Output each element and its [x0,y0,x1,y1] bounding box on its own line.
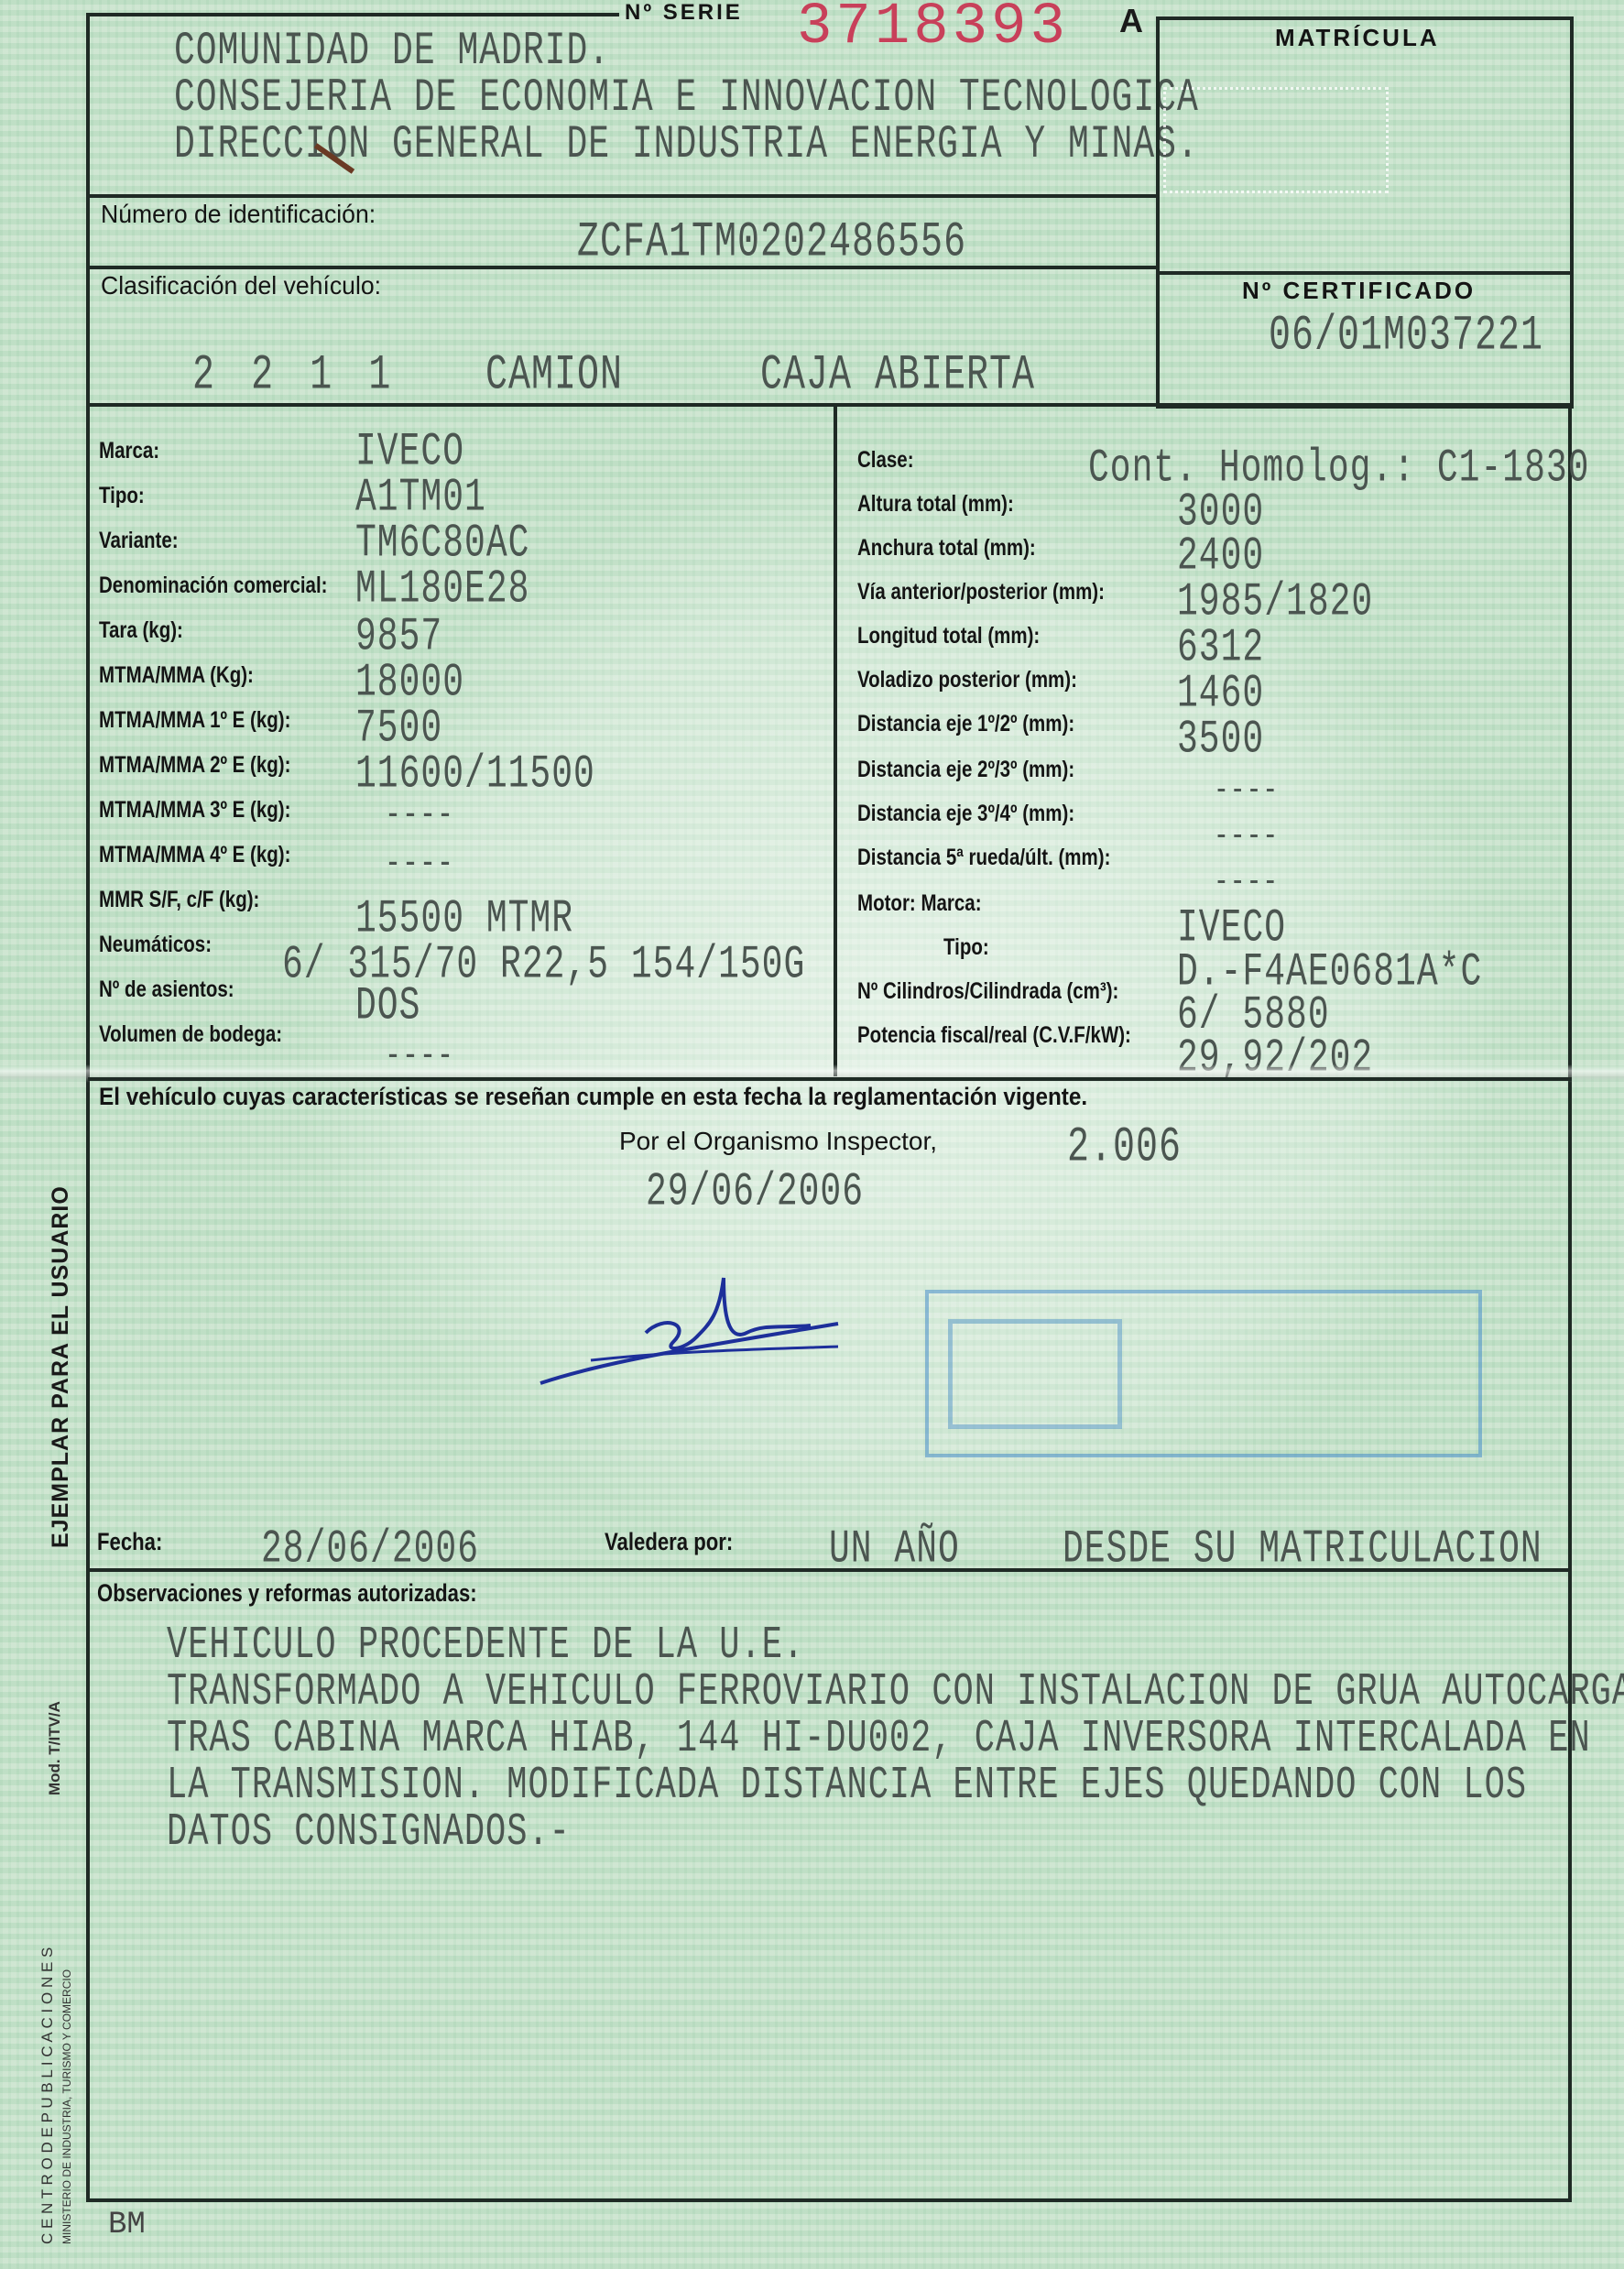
inspection-date: 29/06/2006 [646,1171,864,1212]
bottom-border-line [88,2198,1572,2202]
field-dist-1-2: Distancia eje 1º/2º (mm): [857,711,1074,737]
field-bodega: Volumen de bodega: [99,1021,282,1048]
value-dist-5a-rueda: ---- [1214,864,1279,902]
field-dist-3-4: Distancia eje 3º/4º (mm): [857,801,1074,827]
field-longitud: Longitud total (mm): [857,623,1040,649]
observaciones-text: VEHICULO PROCEDENTE DE LA U.E. TRANSFORM… [167,1621,1624,1855]
serie-label: Nº SERIE [625,0,743,26]
field-mtma-3e: MTMA/MMA 3º E (kg): [99,797,290,824]
clasif-body: CAJA ABIERTA [760,353,1035,397]
publisher-line-1: C E N T R O D E P U B L I C A C I O N E … [38,1947,57,2244]
value-dist-1-2: 3500 [1177,713,1264,766]
ident-top-line [88,194,1156,198]
fecha-label: Fecha: [97,1528,177,1556]
value-mtma-4e: ---- [385,844,454,886]
issuer-line-3: DIRECCION GENERAL DE INDUSTRIA ENERGIA Y… [174,116,1199,176]
certificado-value: 06/01M037221 [1269,313,1543,357]
field-voladizo: Voladizo posterior (mm): [857,667,1077,693]
inspector-label: Por el Organismo Inspector, [619,1127,937,1156]
field-asientos: Nº de asientos: [99,976,234,1003]
field-dist-2-3: Distancia eje 2º/3º (mm): [857,757,1074,783]
field-mtma: MTMA/MMA (Kg): [99,662,254,689]
value-marca: IVECO [355,431,464,472]
value-clase: Cont. Homolog.: C1-1830 [1088,442,1590,495]
valedera-value: UN AÑO [829,1528,960,1569]
value-asientos: DOS [355,979,420,1032]
value-dist-3-4: ---- [1214,818,1279,856]
field-cilindros: Nº Cilindros/Cilindrada (cm³): [857,978,1118,1005]
field-motor-tipo: Tipo: [943,934,989,961]
official-stamp-logo [948,1319,1122,1429]
ident-label: Número de identificación: [101,200,390,229]
copy-label: EJEMPLAR PARA EL USUARIO [48,1185,74,1548]
value-mtma-2e: 11600/11500 [355,747,595,801]
compliance-statement: El vehículo cuyas características se res… [99,1083,1197,1111]
field-via: Vía anterior/posterior (mm): [857,579,1105,605]
clasif-top-line [88,266,1156,269]
observaciones-label: Observaciones y reformas autorizadas: [97,1579,561,1608]
field-mtma-1e: MTMA/MMA 1º E (kg): [99,707,290,734]
field-denominacion: Denominación comercial: [99,573,327,599]
field-neumaticos: Neumáticos: [99,932,212,958]
issuer-block: COMUNIDAD DE MADRID. CONSEJERIA DE ECONO… [174,27,1199,168]
value-dist-2-3: ---- [1214,772,1279,811]
observaciones-top-line [88,1568,1572,1572]
left-border-line [86,13,90,2202]
clasif-type: CAMION [485,353,623,397]
ident-value: ZCFA1TM0202486556 [577,220,966,264]
field-variante: Variante: [99,528,179,554]
certificado-label: Nº CERTIFICADO [1242,277,1476,305]
field-marca: Marca: [99,438,173,464]
value-denominacion: ML180E28 [355,562,529,616]
field-altura: Altura total (mm): [857,491,1014,518]
field-mtma-2e: MTMA/MMA 2º E (kg): [99,752,290,779]
field-dist-5a-rueda: Distancia 5ª rueda/últ. (mm): [857,845,1110,871]
fecha-value: 28/06/2006 [261,1528,479,1569]
model-label: Mod. T/ITV/A [46,1701,64,1795]
clasif-label: Clasificación del vehículo: [101,271,396,300]
perforation-mark [1163,87,1389,193]
field-tipo: Tipo: [99,483,145,509]
field-motor-marca: Motor: Marca: [857,890,982,917]
matricula-label: MATRÍCULA [1275,24,1440,52]
fields-top-line [88,403,1572,407]
top-border-line [88,13,619,16]
publisher-line-2: MINISTERIO DE INDUSTRIA, TURISMO Y COMER… [60,1969,73,2244]
fields-center-divider [834,403,837,1076]
value-mtma-3e: ---- [385,795,454,837]
field-anchura: Anchura total (mm): [857,535,1036,562]
field-clase: Clase: [857,447,914,474]
inspection-year: 2.006 [1067,1125,1182,1169]
field-mtma-4e: MTMA/MMA 4º E (kg): [99,842,290,868]
inspection-top-line [88,1077,1572,1081]
field-potencia: Potencia fiscal/real (C.V.F/kW): [857,1022,1131,1049]
field-mmr: MMR S/F, c/F (kg): [99,887,259,913]
observaciones-line-5: DATOS CONSIGNADOS.- [167,1804,571,1863]
field-tara: Tara (kg): [99,617,183,644]
right-border-line [1568,403,1572,2198]
footer-mark: BM [108,2208,146,2242]
valedera-label: Valedera por: [605,1528,761,1556]
valedera-note: DESDE SU MATRICULACION [1063,1528,1542,1569]
clasif-codes: 2 2 1 1 [192,353,391,397]
matricula-divider [1160,271,1570,275]
inspector-signature [536,1260,866,1397]
